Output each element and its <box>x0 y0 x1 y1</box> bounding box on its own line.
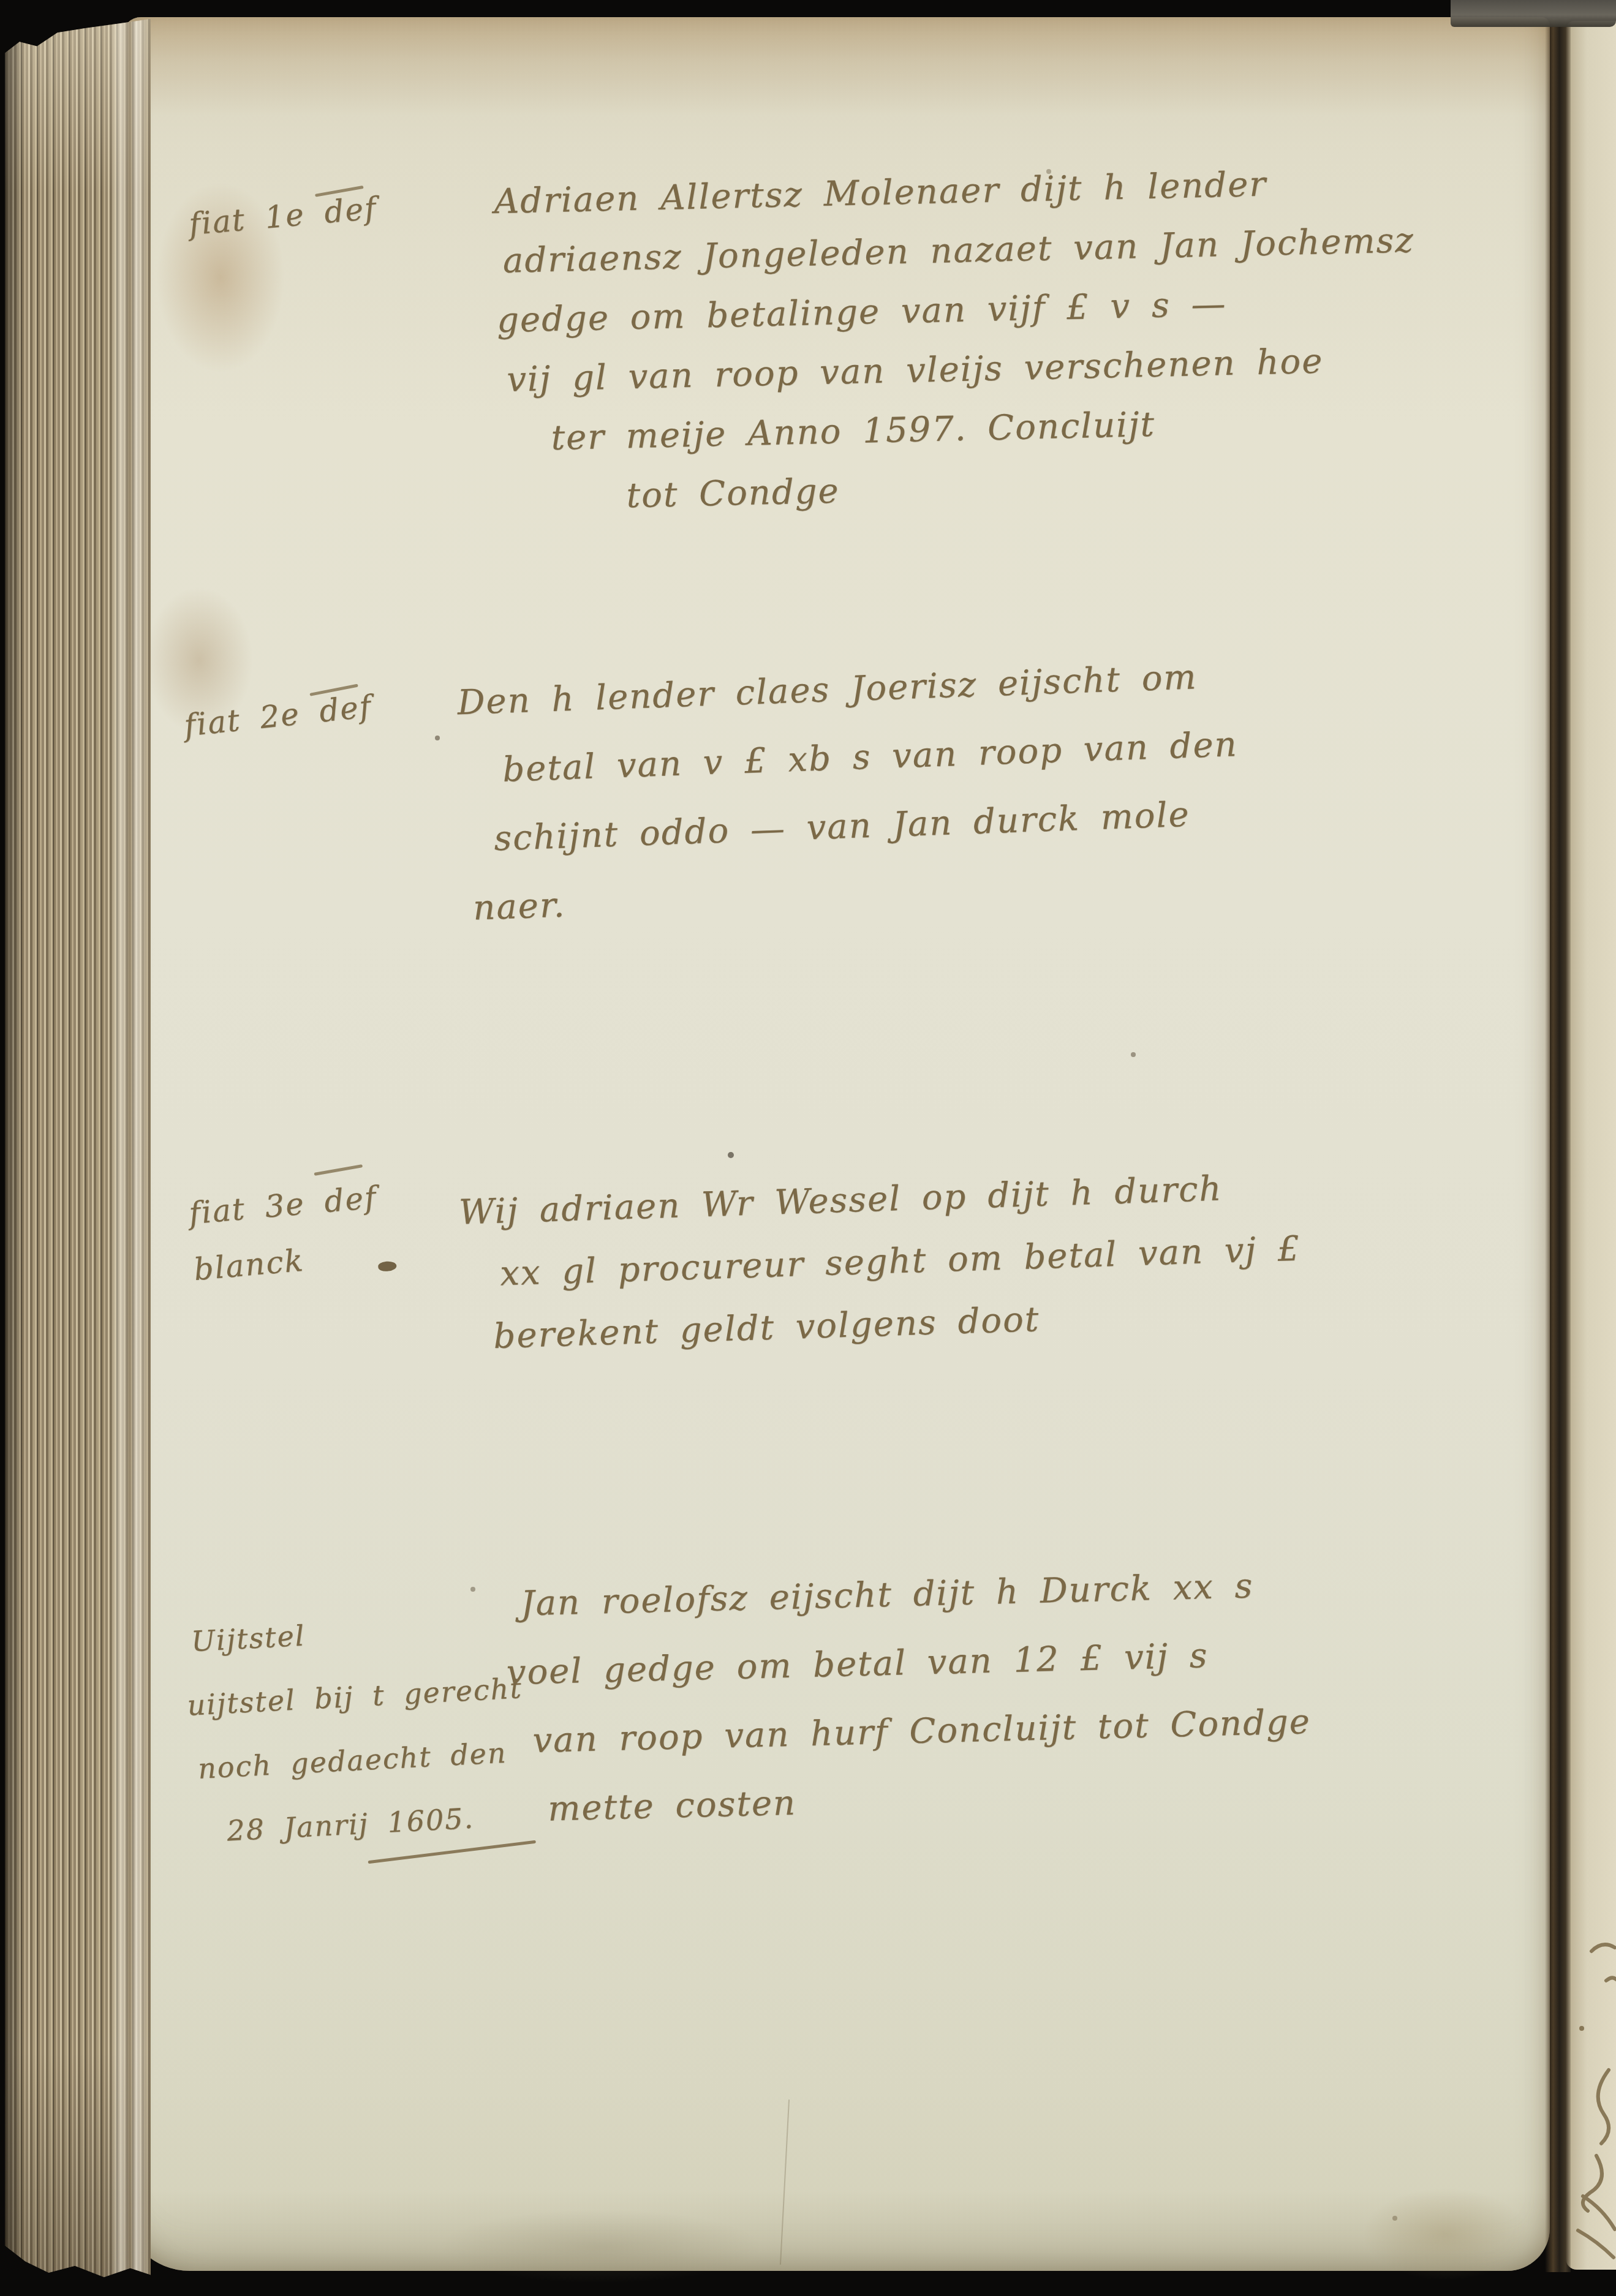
binding-cloth <box>1451 0 1616 27</box>
handwriting-line: betal van v £ xb s van roop van den <box>501 710 1239 805</box>
handwriting-line: fiat 2e def <box>183 688 374 743</box>
manuscript-photo: fiat 1e def Adriaen Allertsz Molenaer di… <box>0 0 1616 2296</box>
margin-note: fiat 2e def <box>183 688 374 743</box>
handwriting-line: uijtstel bij t gerecht <box>186 1656 524 1737</box>
paper-stain <box>386 2197 815 2295</box>
handwriting-line: gedge om betalinge van vijf £ v s — <box>496 270 1416 350</box>
handwriting-line: ter meije Anno 1597. Concluijt <box>550 389 1419 468</box>
margin-note: Uijtsteluijtstel bij t gerechtnoch gedae… <box>189 1592 530 1864</box>
book-page-edges <box>5 12 151 2279</box>
handwriting-line: fiat 1e def <box>187 190 379 243</box>
paper-crease <box>780 2099 790 2265</box>
handwriting-line: schijnt oddo — van Jan durck mole <box>493 779 1241 873</box>
handwriting-line: xx gl procureur seght om betal van vj £ <box>499 1218 1302 1305</box>
handwriting-line: Wij adriaen Wr Wessel op dijt h durch <box>458 1156 1300 1244</box>
paper-stain <box>132 146 309 409</box>
handwriting-line: Jan roelofsz eijscht dijt h Durck xx s <box>520 1551 1308 1638</box>
handwriting-line: tot Condge <box>626 448 1421 525</box>
manuscript-page: fiat 1e def Adriaen Allertsz Molenaer di… <box>123 17 1550 2271</box>
entry-text: Jan roelofsz eijscht dijt h Durck xx svo… <box>504 1551 1313 1845</box>
book-gutter-shadow <box>1545 18 1571 2272</box>
facing-page-sliver <box>1566 21 1616 2270</box>
handwriting-line: fiat 3e def <box>187 1169 380 1241</box>
handwriting-line: Den h lender claes Joerisz eijscht om <box>456 642 1237 737</box>
handwriting-line: Uijtstel <box>189 1592 520 1673</box>
handwriting-line: van roop van hurf Concluijt tot Condge <box>532 1688 1312 1775</box>
entry-text: Adriaen Allertsz Molenaer dijt h lendera… <box>494 151 1421 529</box>
handwriting-line: blanck <box>192 1225 385 1298</box>
handwriting-line: Adriaen Allertsz Molenaer dijt h lender <box>494 151 1414 231</box>
margin-note: fiat 3e defblanck <box>187 1169 385 1298</box>
handwriting-line: 28 Janrij 1605. <box>225 1783 530 1863</box>
handwriting-line: mette costen <box>547 1756 1313 1843</box>
paper-stain <box>1335 2173 1556 2295</box>
ink-specks <box>123 17 125 20</box>
entry-text: Wij adriaen Wr Wessel op dijt h durchxx … <box>458 1156 1304 1369</box>
handwriting-line: voel gedge om betal van 12 £ vij s <box>505 1619 1310 1707</box>
margin-note: fiat 1e def <box>187 190 379 243</box>
handwriting-line: vij gl van roop van vleijs verschenen ho… <box>506 329 1418 410</box>
handwriting-line: naer. <box>472 848 1244 943</box>
handwriting-line: adriaensz Jongeleden nazaet van Jan Joch… <box>502 211 1415 291</box>
ink-stroke-fragments <box>1566 21 1616 2270</box>
handwriting-line: noch gedaecht den <box>196 1720 527 1801</box>
handwriting-line: berekent geldt volgens doot <box>493 1280 1304 1368</box>
entry-text: Den h lender claes Joerisz eijscht ombet… <box>456 642 1244 943</box>
